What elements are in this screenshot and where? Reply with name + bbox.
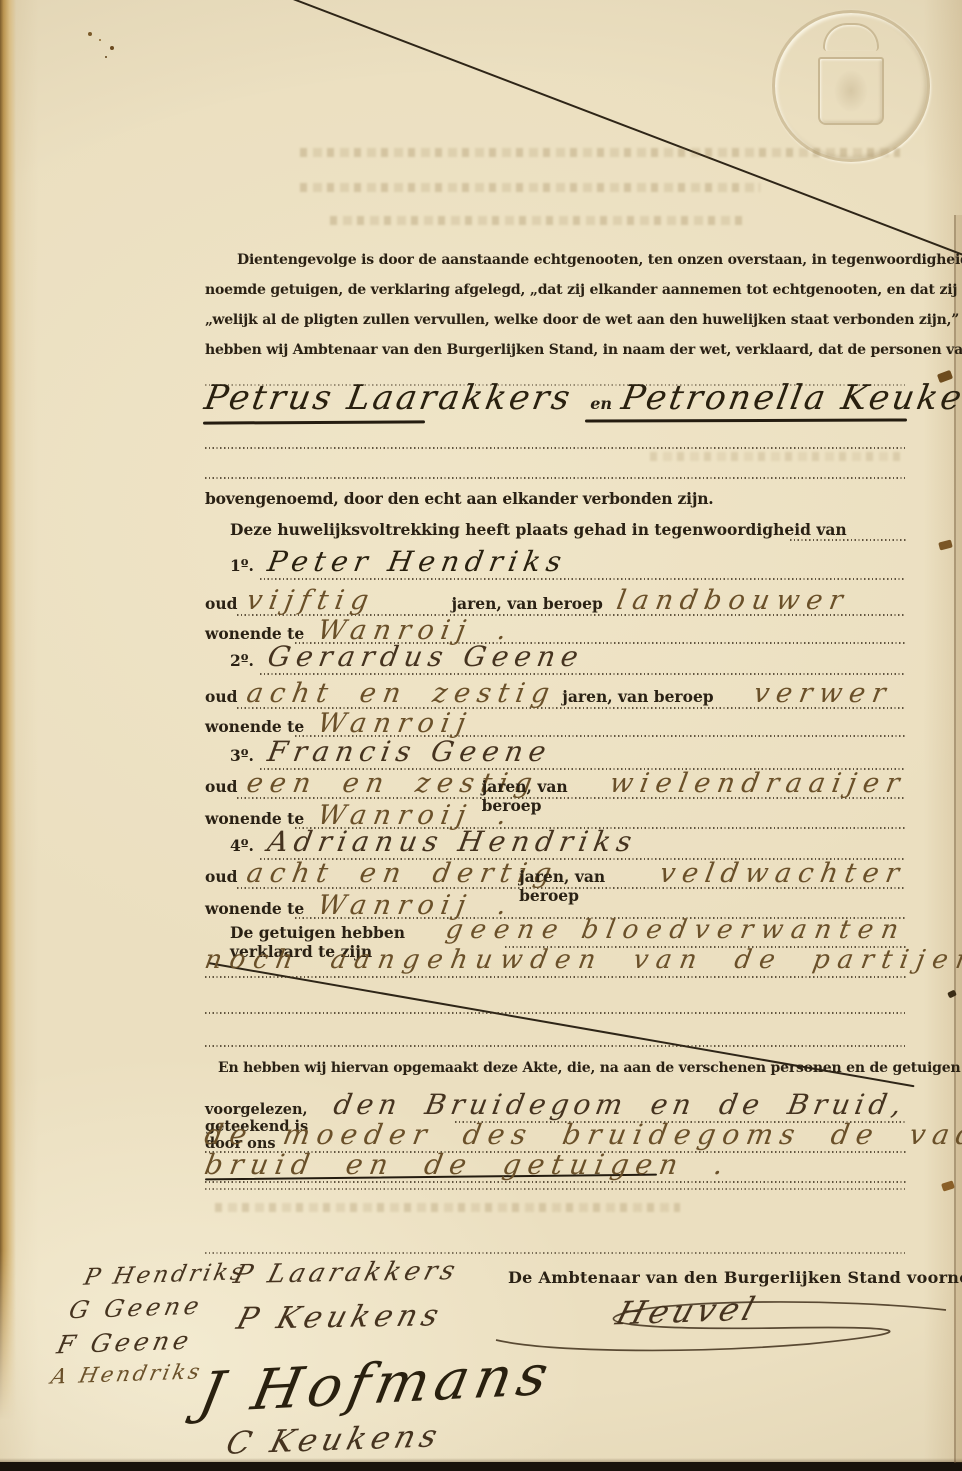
witness-age-row: oud een en zestig jaren, van beroep wiel… bbox=[205, 768, 906, 804]
witness-name-row: 2º. Gerardus Geene bbox=[230, 640, 906, 680]
ink-splatter bbox=[88, 32, 92, 36]
witness-name: Gerardus Geene bbox=[265, 640, 587, 673]
witness-age: een en zestig bbox=[245, 768, 479, 799]
witness-profession: landbouwer bbox=[614, 585, 852, 616]
declaration-handwritten-2: noch aangehuwden van de partijen . bbox=[202, 945, 962, 975]
witness-age-row: oud acht en dertig jaren, van beroep vel… bbox=[205, 858, 906, 894]
party-signature: P Keukens bbox=[233, 1298, 447, 1337]
oud-label: oud bbox=[205, 594, 237, 613]
witness-name: Adrianus Hendriks bbox=[265, 825, 640, 858]
embossed-seal bbox=[772, 10, 930, 162]
bleedthrough-line bbox=[215, 1203, 680, 1212]
conjunction-en: en bbox=[590, 394, 612, 413]
oud-label: oud bbox=[205, 867, 237, 886]
witness-signature: F Geene bbox=[54, 1326, 195, 1360]
witness-name: Francis Geene bbox=[265, 735, 554, 768]
dotted-leader bbox=[205, 1181, 906, 1183]
bleedthrough-line bbox=[330, 216, 745, 225]
witness-signature: P Hendriks bbox=[82, 1259, 249, 1291]
party-signature: P Laarakkers bbox=[230, 1256, 462, 1290]
witness-age: vijftig bbox=[245, 585, 430, 616]
witness-name: Peter Hendriks bbox=[265, 545, 570, 578]
couple-names-row: Petrus Laarakkers en Petronella Keukens bbox=[205, 378, 907, 422]
dotted-rule bbox=[205, 1188, 905, 1190]
intro-line: hebben wij Ambtenaar van den Burgerlijke… bbox=[205, 342, 962, 358]
binding-stitch bbox=[941, 1180, 955, 1191]
dotted-leader bbox=[260, 673, 906, 675]
closing-handwritten-2: de moeder des bruidegoms de vader der bbox=[202, 1118, 962, 1151]
witness-age: acht en zestig bbox=[245, 678, 559, 709]
intro-line: „welijk al de pligten zullen vervullen, … bbox=[205, 312, 962, 328]
witness-number: 4º. bbox=[230, 836, 254, 855]
witness-profession: veldwachter bbox=[658, 858, 909, 889]
bride-name: Petronella Keukens bbox=[619, 378, 962, 418]
dotted-rule bbox=[205, 477, 905, 479]
official-title: De Ambtenaar van den Burgerlijken Stand … bbox=[508, 1268, 962, 1287]
bleedthrough-line bbox=[650, 452, 900, 461]
wonende-label: wonende te bbox=[205, 717, 304, 736]
wonende-label: wonende te bbox=[205, 899, 304, 918]
presence-line: Deze huwelijksvoltrekking heeft plaats g… bbox=[230, 520, 847, 539]
dotted-rule bbox=[205, 1252, 905, 1254]
bleedthrough-line bbox=[300, 148, 900, 157]
witness-number: 2º. bbox=[230, 651, 254, 670]
intro-line: Dientengevolge is door de aanstaande ech… bbox=[237, 252, 962, 268]
bleedthrough-line bbox=[300, 183, 760, 192]
seal-shield-icon bbox=[818, 57, 884, 125]
closing-row-4: bruid en de getuigen . bbox=[205, 1148, 906, 1188]
dotted-leader bbox=[205, 976, 906, 978]
binding-stitch bbox=[938, 539, 953, 550]
closing-handwritten-3: bruid en de getuigen . bbox=[202, 1148, 733, 1181]
dotted-leader bbox=[790, 539, 906, 541]
intro-line: noemde getuigen, de verklaring afgelegd,… bbox=[205, 282, 962, 298]
page-left-edge bbox=[0, 0, 16, 1420]
closing-handwritten-1: den Bruidegom en de Bruid, bbox=[331, 1088, 909, 1121]
groom-name: Petrus Laarakkers bbox=[201, 378, 575, 418]
jaren-label: jaren, van beroep bbox=[562, 687, 713, 706]
witness-number: 1º. bbox=[230, 556, 254, 575]
party-signature: J Hofmans bbox=[194, 1343, 560, 1426]
dotted-rule bbox=[205, 447, 905, 449]
jaren-label: jaren, van beroep bbox=[519, 867, 648, 905]
dotted-leader bbox=[260, 578, 906, 580]
witness-profession: wielendraaijer bbox=[607, 768, 908, 799]
marriage-certificate-page: Dientengevolge is door de aanstaande ech… bbox=[0, 0, 962, 1471]
oud-label: oud bbox=[205, 687, 237, 706]
witness-profession: verwer bbox=[751, 678, 895, 709]
closing-line: En hebben wij hiervan opgemaakt deze Akt… bbox=[218, 1060, 962, 1076]
witness-age: acht en dertig bbox=[245, 858, 516, 889]
bound-line: bovengenoemd, door den echt aan elkander… bbox=[205, 489, 714, 508]
party-signature: C Keukens bbox=[222, 1418, 445, 1461]
witness-name-row: 1º. Peter Hendriks bbox=[230, 545, 906, 585]
declaration-handwritten-1: geene bloedverwanten bbox=[443, 915, 908, 945]
presence-row: Deze huwelijksvoltrekking heeft plaats g… bbox=[230, 520, 906, 546]
witness-signature: G Geene bbox=[66, 1292, 205, 1325]
witness-signature: A Hendriks bbox=[49, 1359, 205, 1388]
dotted-rule bbox=[205, 1045, 905, 1047]
seal-crown-icon bbox=[823, 23, 879, 51]
oud-label: oud bbox=[205, 777, 237, 796]
witness-number: 3º. bbox=[230, 746, 254, 765]
jaren-label: jaren, van beroep bbox=[451, 594, 602, 613]
declaration-row-2: noch aangehuwden van de partijen . bbox=[205, 945, 906, 983]
page-bottom-edge bbox=[0, 1462, 962, 1471]
name-underline bbox=[203, 420, 425, 424]
dotted-rule bbox=[205, 1012, 905, 1014]
